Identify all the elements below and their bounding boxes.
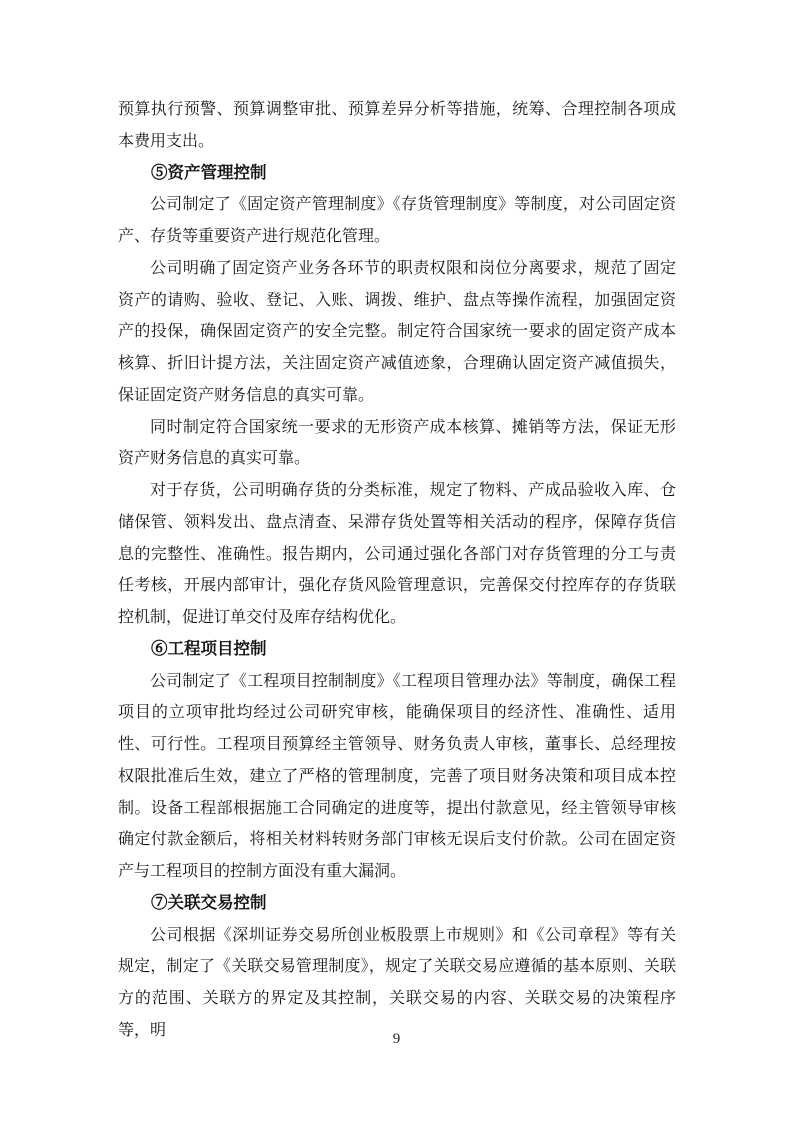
paragraph: 同时制定符合国家统一要求的无形资产成本核算、摊销等方法，保证无形资产财务信息的真…: [118, 412, 676, 476]
paragraph: 预算执行预警、预算调整审批、预算差异分析等措施，统筹、合理控制各项成本费用支出。: [118, 94, 676, 158]
paragraph: 对于存货，公司明确存货的分类标准，规定了物料、产成品验收入库、仓储保管、领料发出…: [118, 475, 676, 634]
section-heading: ⑤资产管理控制: [118, 158, 676, 190]
document-body: 预算执行预警、预算调整审批、预算差异分析等措施，统筹、合理控制各项成本费用支出。…: [118, 94, 676, 1047]
paragraph: 公司制定了《固定资产管理制度》《存货管理制度》等制度，对公司固定资产、存货等重要…: [118, 189, 676, 253]
section-heading: ⑦关联交易控制: [118, 888, 676, 920]
section-heading: ⑥工程项目控制: [118, 634, 676, 666]
paragraph: 公司根据《深圳证券交易所创业板股票上市规则》和《公司章程》等有关规定，制定了《关…: [118, 920, 676, 1047]
page-number: 9: [0, 1031, 793, 1048]
document-page: 预算执行预警、预算调整审批、预算差异分析等措施，统筹、合理控制各项成本费用支出。…: [0, 0, 793, 1122]
paragraph: 公司明确了固定资产业务各环节的职责权限和岗位分离要求，规范了固定资产的请购、验收…: [118, 253, 676, 412]
paragraph: 公司制定了《工程项目控制制度》《工程项目管理办法》等制度，确保工程项目的立项审批…: [118, 666, 676, 888]
